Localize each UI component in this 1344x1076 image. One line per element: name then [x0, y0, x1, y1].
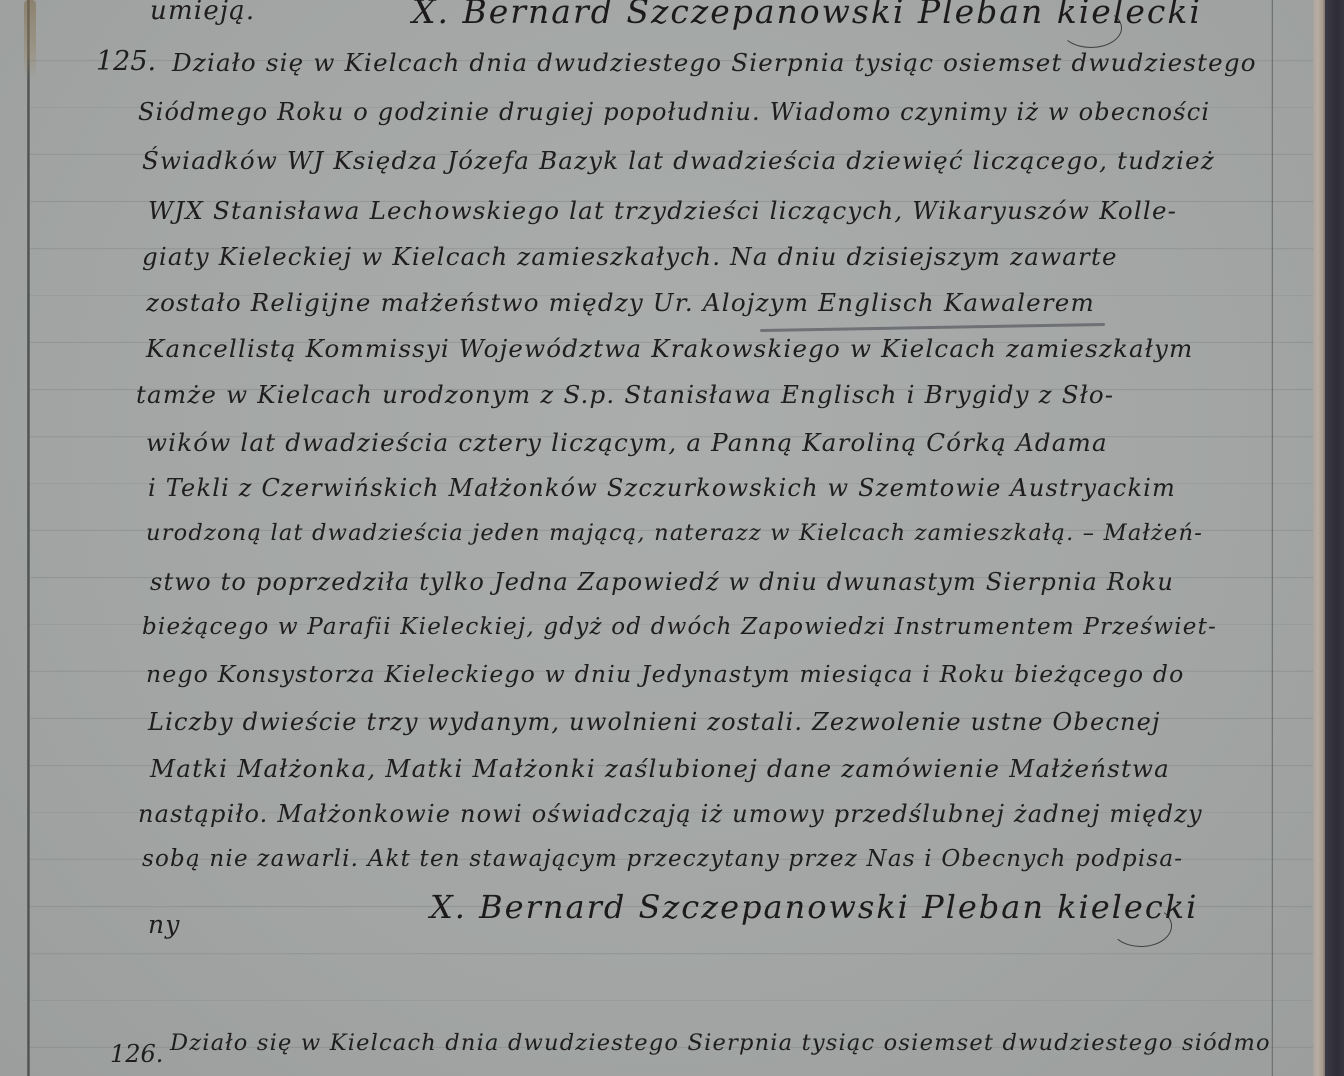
entry-line: zostało Religijne małżeństwo między Ur. …	[146, 288, 1095, 317]
entry-line: nastąpiło. Małżonkowie nowi oświadczają …	[138, 800, 1203, 828]
entry-line: Działo się w Kielcach dnia dwudziestego …	[170, 1030, 1271, 1056]
entry-line: Świadków WJ Księdza Józefa Bazyk lat dwa…	[142, 146, 1215, 175]
entry-number: 126.	[110, 1040, 163, 1068]
previous-entry-last-word: umieją.	[150, 0, 255, 26]
entry-line: WJX Stanisława Lechowskiego lat trzydzie…	[148, 196, 1177, 225]
entry-number: 125.	[96, 46, 156, 77]
entry-line: tamże w Kielcach urodzonym z S.p. Stanis…	[136, 380, 1114, 409]
right-margin-rule	[1272, 0, 1273, 1076]
entry-line: Siódmego Roku o godzinie drugiej popołud…	[138, 98, 1210, 126]
signature-flourish	[1060, 8, 1122, 48]
entry-line: bieżącego w Parafii Kieleckiej, gdyż od …	[142, 614, 1217, 640]
entry-line: giaty Kieleckiej w Kielcach zamieszkałyc…	[142, 242, 1118, 271]
book-binding	[1325, 0, 1344, 1076]
entry-line: wików lat dwadzieścia cztery liczącym, a…	[146, 428, 1108, 457]
entry-line: sobą nie zawarli. Akt ten stawającym prz…	[142, 846, 1183, 872]
fold-stain	[24, 0, 36, 80]
entry-line: nego Konsystorza Kieleckiego w dniu Jedy…	[146, 660, 1184, 688]
entry-line: i Tekli z Czerwińskich Małżonków Szczurk…	[148, 474, 1176, 502]
entry-line: Liczby dwieście trzy wydanym, uwolnieni …	[148, 708, 1161, 736]
entry-line: urodzoną lat dwadzieścia jeden mającą, n…	[146, 520, 1203, 546]
page-fold-line	[27, 0, 30, 1076]
entry-line: Matki Małżonka, Matki Małżonki zaślubion…	[150, 754, 1170, 783]
signature-flourish	[1110, 905, 1172, 947]
entry-line: stwo to poprzedziła tylko Jedna Zapowied…	[150, 568, 1174, 596]
entry-line: Kancellistą Kommissyi Województwa Krakow…	[146, 334, 1193, 363]
register-page: umieją. X. Bernard Szczepanowski Pleban …	[0, 0, 1322, 1076]
page-edge	[1313, 0, 1325, 1076]
entry-line: Działo się w Kielcach dnia dwudziestego …	[172, 48, 1257, 77]
priest-signature: X. Bernard Szczepanowski Pleban kielecki	[430, 888, 1198, 926]
entry-line: ny	[148, 910, 181, 939]
